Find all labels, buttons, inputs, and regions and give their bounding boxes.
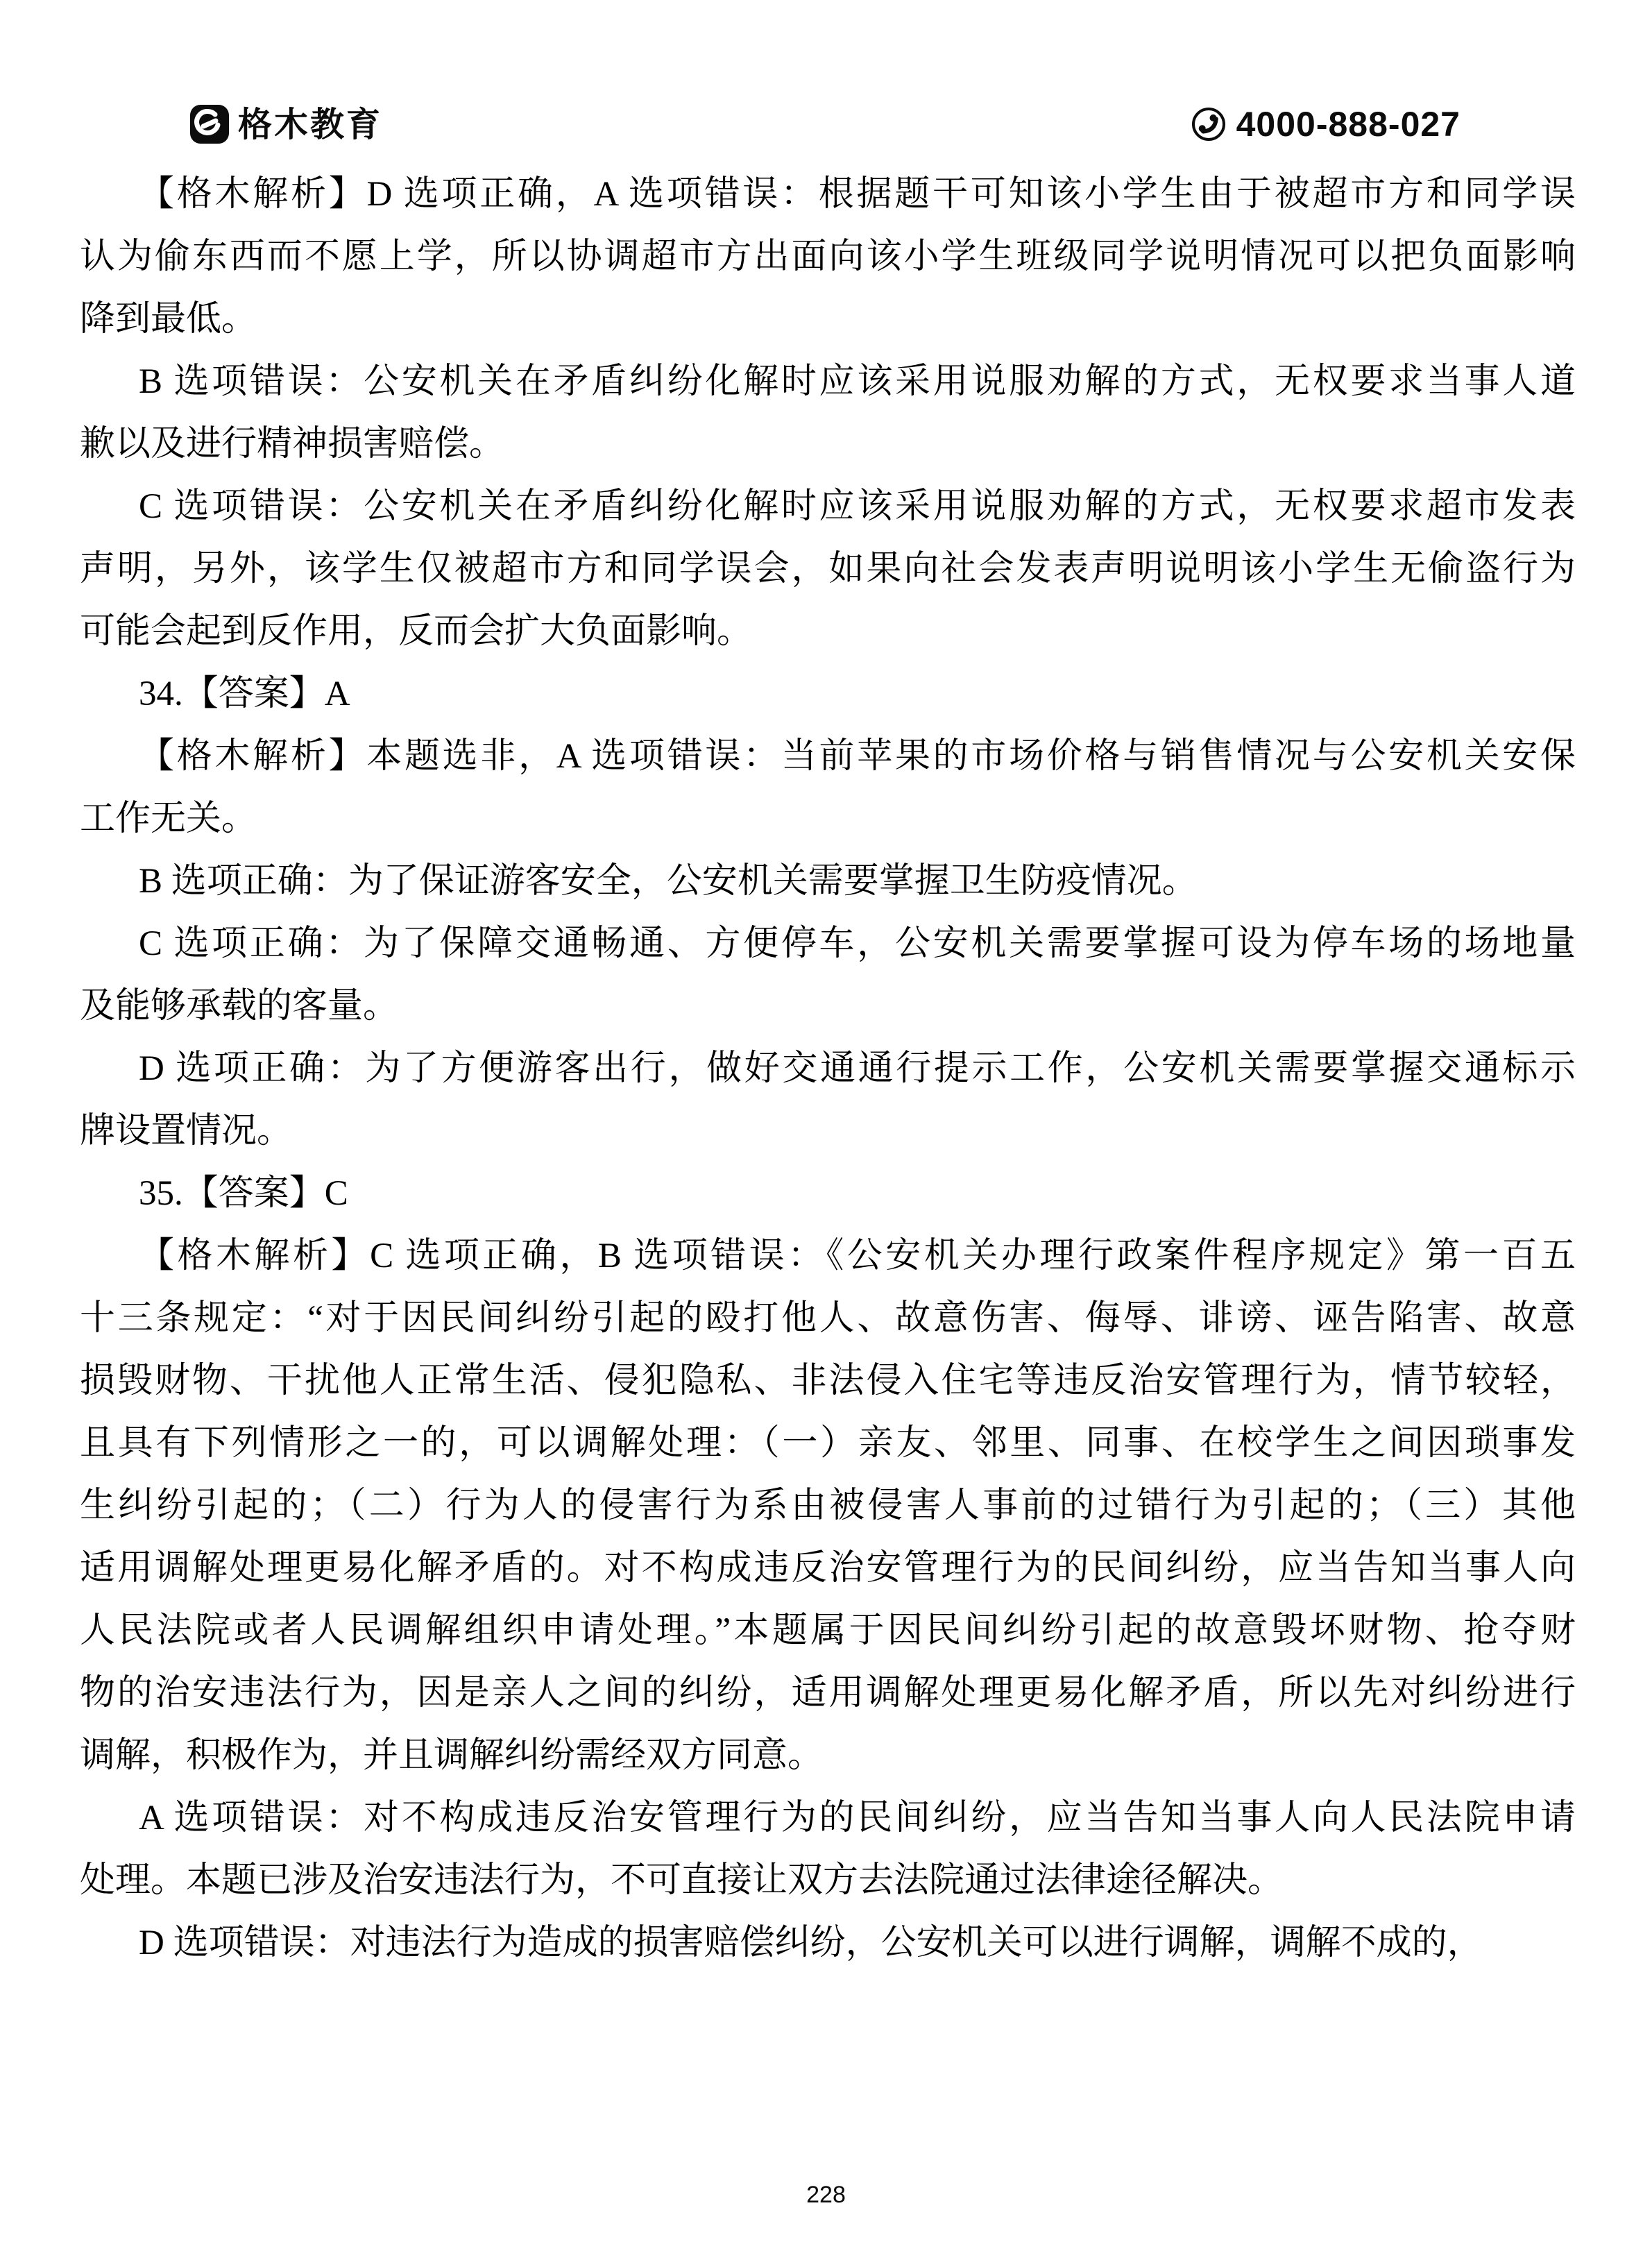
paragraph: D 选项正确：为了方便游客出行，做好交通通行提示工作，公安机关需要掌握交通标示牌…: [80, 1037, 1576, 1162]
phone-icon: [1191, 106, 1227, 142]
text-line: 34.【答案】A: [80, 663, 1576, 725]
page-header: 格木教育 4000-888-027: [189, 101, 1461, 147]
page-footer: 228: [0, 2171, 1652, 2219]
paragraph: 【格木解析】本题选非，A 选项错误：当前苹果的市场价格与销售情况与公安机关安保工…: [80, 725, 1576, 850]
text-line: 适用调解处理更易化解矛盾的。对不构成违反治安管理行为的民间纠纷，应当告知当事人向: [80, 1537, 1576, 1599]
text-line: 且具有下列情形之一的，可以调解处理：（一）亲友、邻里、同事、在校学生之间因琐事发: [80, 1412, 1576, 1475]
text-line: B 选项正确：为了保证游客安全，公安机关需要掌握卫生防疫情况。: [80, 850, 1576, 912]
text-line: A 选项错误：对不构成违反治安管理行为的民间纠纷，应当告知当事人向人民法院申请: [80, 1787, 1576, 1849]
text-line: 【格木解析】本题选非，A 选项错误：当前苹果的市场价格与销售情况与公安机关安保: [80, 725, 1576, 788]
paragraph: 【格木解析】C 选项正确，B 选项错误：《公安机关办理行政案件程序规定》第一百五…: [80, 1225, 1576, 1787]
text-line: 及能够承载的客量。: [80, 975, 1576, 1037]
contact-phone: 4000-888-027: [1191, 106, 1461, 142]
text-line: C 选项正确：为了保障交通畅通、方便停车，公安机关需要掌握可设为停车场的场地量: [80, 912, 1576, 975]
text-line: 处理。本题已涉及治安违法行为，不可直接让双方去法院通过法律途径解决。: [80, 1849, 1576, 1912]
text-line: 调解，积极作为，并且调解纠纷需经双方同意。: [80, 1724, 1576, 1787]
text-line: 生纠纷引起的；（二）行为人的侵害行为系由被侵害人事前的过错行为引起的；（三）其他: [80, 1475, 1576, 1537]
paragraph: C 选项错误：公安机关在矛盾纠纷化解时应该采用说服劝解的方式，无权要求超市发表声…: [80, 475, 1576, 663]
phone-number: 4000-888-027: [1236, 107, 1461, 142]
brand: 格木教育: [189, 104, 382, 144]
text-line: B 选项错误：公安机关在矛盾纠纷化解时应该采用说服劝解的方式，无权要求当事人道: [80, 350, 1576, 413]
document-page: 格木教育 4000-888-027 【格木解析】D 选项正确，A 选项错误：根据…: [0, 0, 1652, 2242]
text-line: 工作无关。: [80, 788, 1576, 850]
text-line: 损毁财物、干扰他人正常生活、侵犯隐私、非法侵入住宅等违反治安管理行为，情节较轻，: [80, 1350, 1576, 1412]
text-line: 【格木解析】D 选项正确，A 选项错误：根据题干可知该小学生由于被超市方和同学误: [80, 163, 1576, 226]
text-line: 人民法院或者人民调解组织申请处理。”本题属于因民间纠纷引起的故意毁坏财物、抢夺财: [80, 1599, 1576, 1662]
text-line: 【格木解析】C 选项正确，B 选项错误：《公安机关办理行政案件程序规定》第一百五: [80, 1225, 1576, 1287]
brand-name: 格木教育: [238, 107, 382, 142]
text-line: 牌设置情况。: [80, 1100, 1576, 1162]
text-line: D 选项错误：对违法行为造成的损害赔偿纠纷，公安机关可以进行调解，调解不成的，: [80, 1912, 1576, 1974]
paragraph: C 选项正确：为了保障交通畅通、方便停车，公安机关需要掌握可设为停车场的场地量及…: [80, 912, 1576, 1037]
text-line: 十三条规定：“对于因民间纠纷引起的殴打他人、故意伤害、侮辱、诽谤、诬告陷害、故意: [80, 1287, 1576, 1350]
text-line: D 选项正确：为了方便游客出行，做好交通通行提示工作，公安机关需要掌握交通标示: [80, 1037, 1576, 1100]
paragraph: 34.【答案】A: [80, 663, 1576, 725]
text-line: 可能会起到反作用，反而会扩大负面影响。: [80, 600, 1576, 663]
text-line: 认为偷东西而不愿上学，所以协调超市方出面向该小学生班级同学说明情况可以把负面影响: [80, 226, 1576, 288]
paragraph: D 选项错误：对违法行为造成的损害赔偿纠纷，公安机关可以进行调解，调解不成的，: [80, 1912, 1576, 1974]
gemu-logo-icon: [189, 104, 230, 144]
paragraph: 35.【答案】C: [80, 1162, 1576, 1225]
page-number: 228: [806, 2182, 846, 2208]
paragraph: B 选项正确：为了保证游客安全，公安机关需要掌握卫生防疫情况。: [80, 850, 1576, 912]
text-line: 降到最低。: [80, 288, 1576, 350]
paragraph: 【格木解析】D 选项正确，A 选项错误：根据题干可知该小学生由于被超市方和同学误…: [80, 163, 1576, 350]
text-line: 歉以及进行精神损害赔偿。: [80, 413, 1576, 475]
text-line: 35.【答案】C: [80, 1162, 1576, 1225]
text-line: 声明，另外，该学生仅被超市方和同学误会，如果向社会发表声明说明该小学生无偷盗行为: [80, 538, 1576, 600]
paragraph: A 选项错误：对不构成违反治安管理行为的民间纠纷，应当告知当事人向人民法院申请处…: [80, 1787, 1576, 1912]
text-line: 物的治安违法行为，因是亲人之间的纠纷，适用调解处理更易化解矛盾，所以先对纠纷进行: [80, 1662, 1576, 1724]
paragraph: B 选项错误：公安机关在矛盾纠纷化解时应该采用说服劝解的方式，无权要求当事人道歉…: [80, 350, 1576, 475]
document-body: 【格木解析】D 选项正确，A 选项错误：根据题干可知该小学生由于被超市方和同学误…: [80, 163, 1576, 1974]
text-line: C 选项错误：公安机关在矛盾纠纷化解时应该采用说服劝解的方式，无权要求超市发表: [80, 475, 1576, 538]
